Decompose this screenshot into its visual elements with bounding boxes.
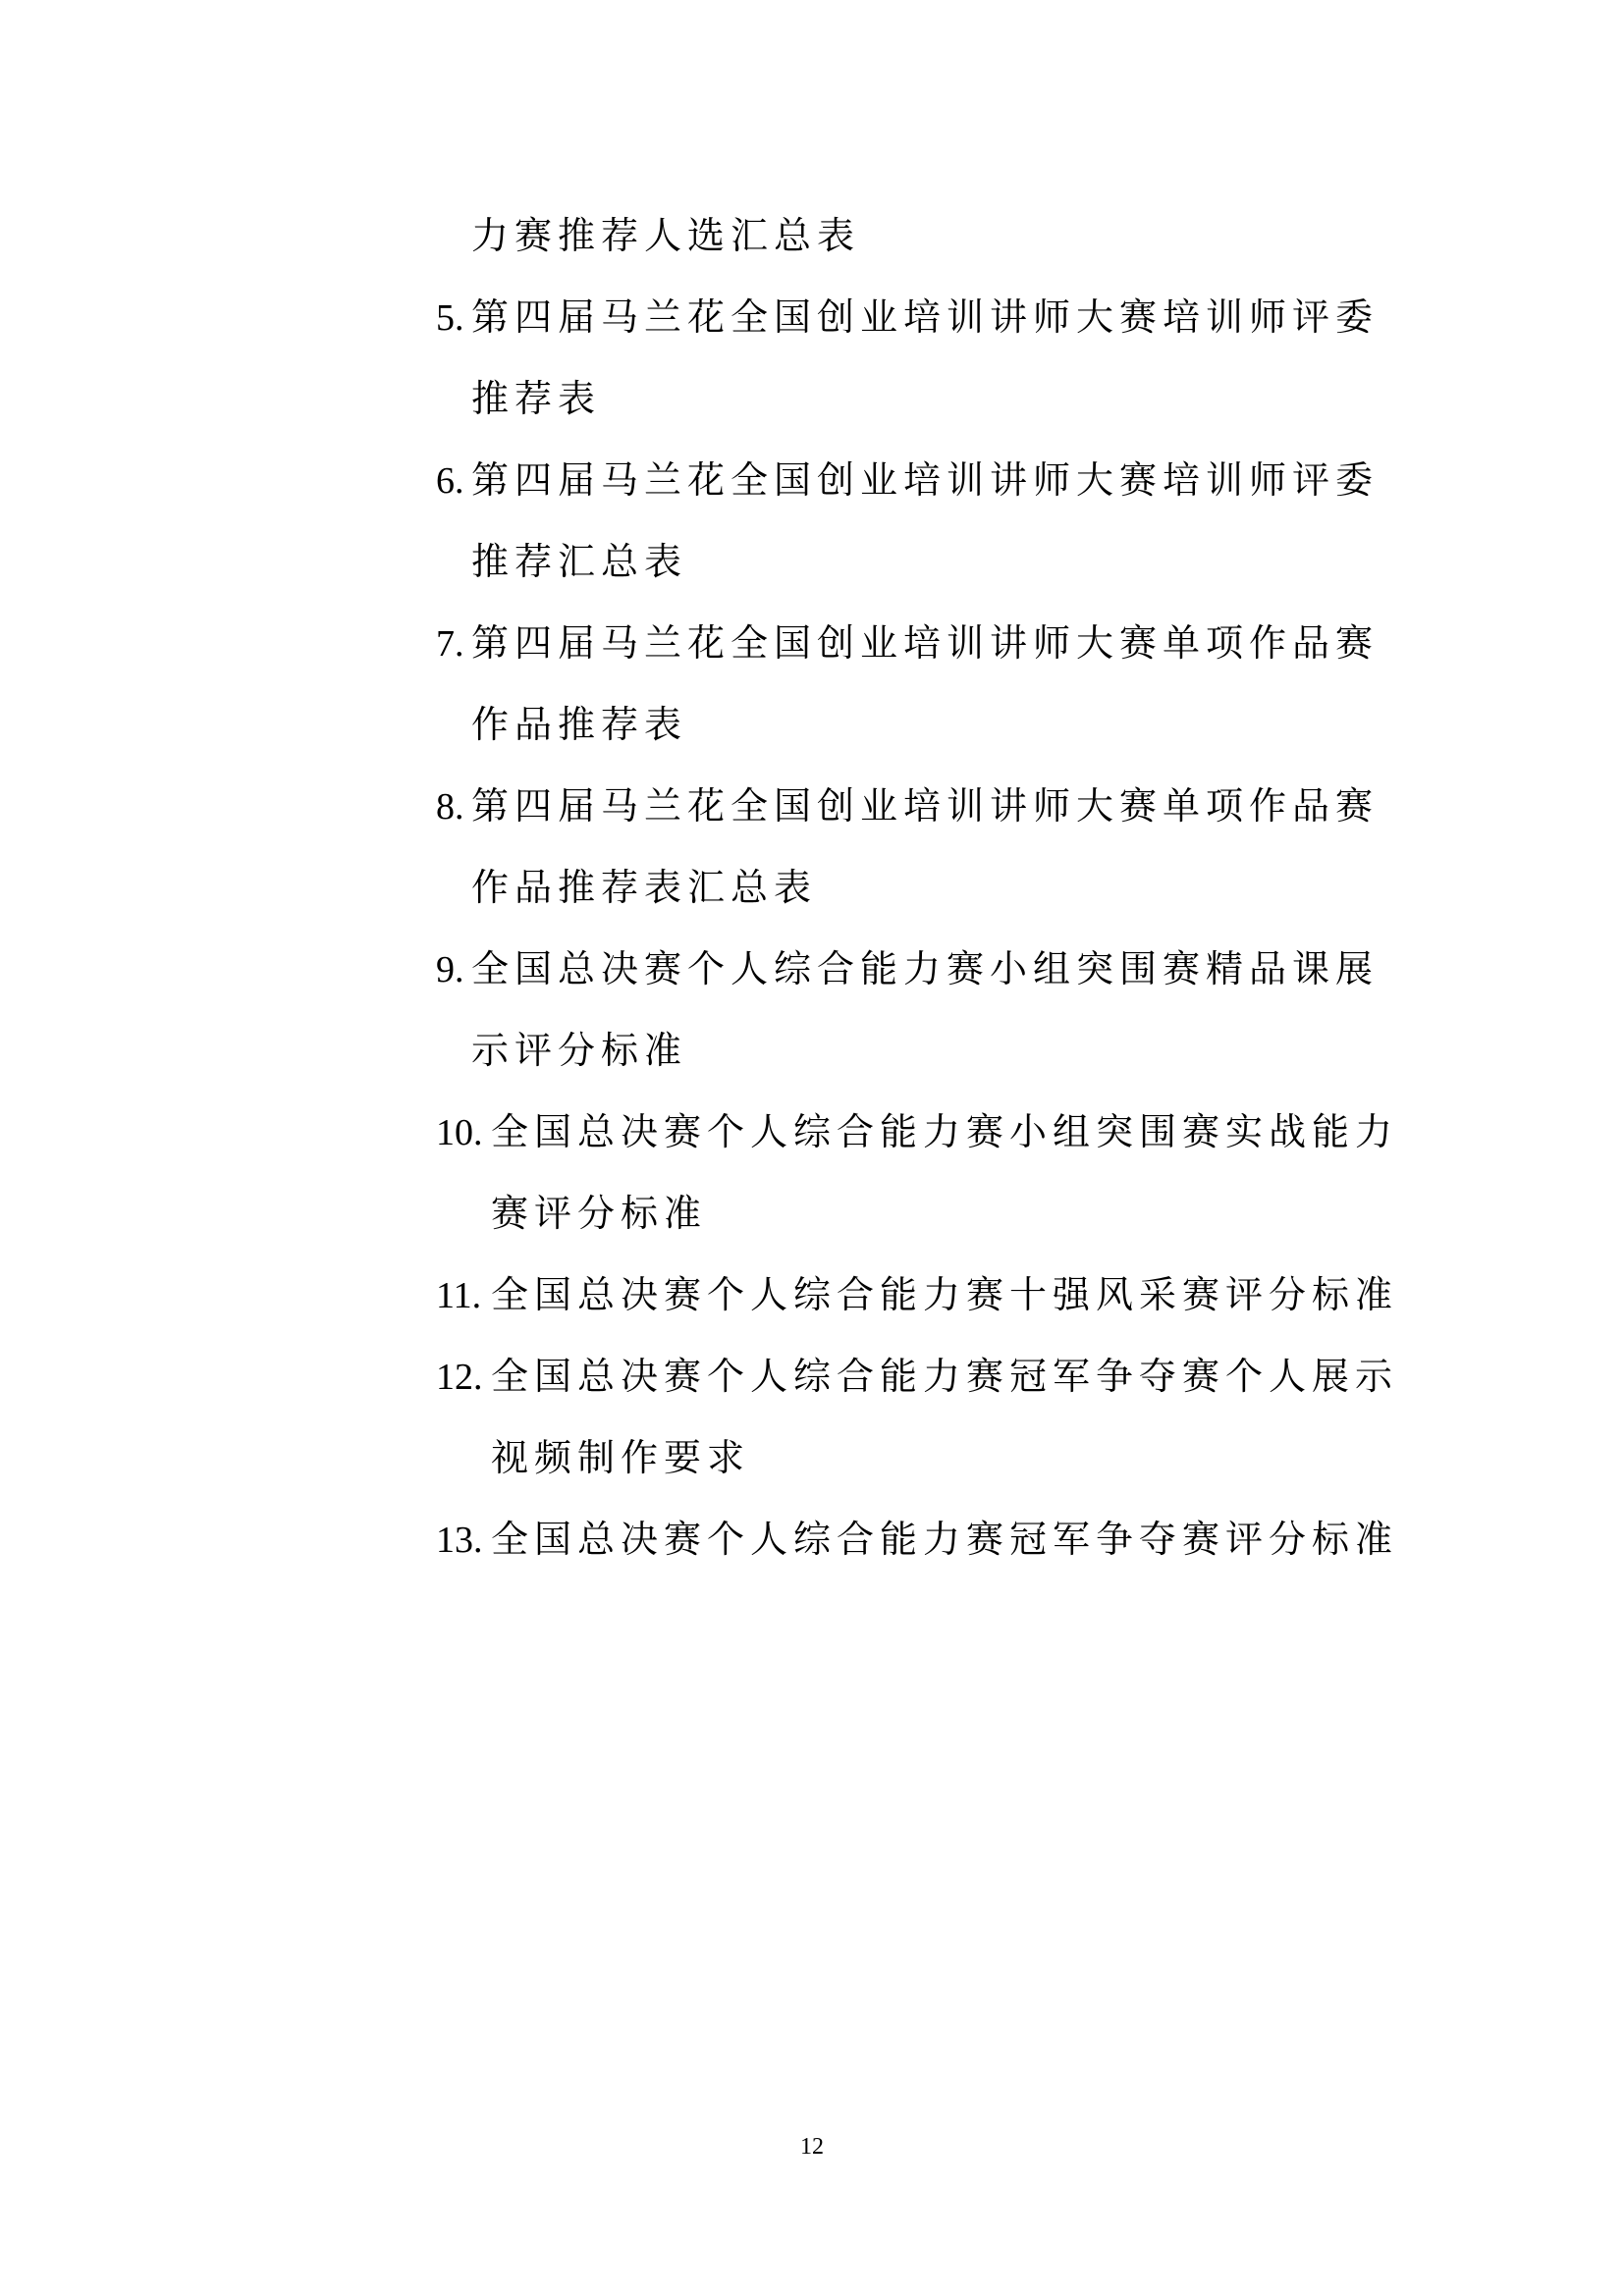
- list-item-continuation: 赛评分标准: [491, 1185, 707, 1244]
- list-item-7: 7.第四届马兰花全国创业培训讲师大赛单项作品赛: [436, 614, 1379, 673]
- item-text: 全国总决赛个人综合能力赛十强风采赛评分标准: [491, 1275, 1398, 1316]
- list-item-5: 5.第四届马兰花全国创业培训讲师大赛培训师评委: [436, 289, 1379, 347]
- item-text: 第四届马兰花全国创业培训讲师大赛单项作品赛: [471, 623, 1379, 665]
- item-text: 力赛推荐人选汇总表: [471, 216, 860, 257]
- item-number: 10.: [436, 1103, 491, 1162]
- item-number: 9.: [436, 940, 471, 999]
- item-number: 12.: [436, 1348, 491, 1407]
- list-item-11: 11.全国总决赛个人综合能力赛十强风采赛评分标准: [436, 1266, 1398, 1325]
- list-item-continuation: 作品推荐表: [471, 696, 687, 755]
- list-item-8: 8.第四届马兰花全国创业培训讲师大赛单项作品赛: [436, 777, 1379, 836]
- item-text: 视频制作要求: [491, 1438, 750, 1479]
- list-item-continuation: 推荐表: [471, 370, 601, 429]
- item-text: 全国总决赛个人综合能力赛冠军争夺赛个人展示: [491, 1357, 1398, 1398]
- page-number: 12: [0, 2132, 1624, 2162]
- list-item-6: 6.第四届马兰花全国创业培训讲师大赛培训师评委: [436, 452, 1379, 510]
- list-item-continuation: 视频制作要求: [491, 1429, 750, 1488]
- item-number: 6.: [436, 452, 471, 510]
- item-text: 作品推荐表汇总表: [471, 868, 817, 909]
- item-text: 示评分标准: [471, 1031, 687, 1072]
- list-item-13: 13.全国总决赛个人综合能力赛冠军争夺赛评分标准: [436, 1511, 1398, 1570]
- list-item-12: 12.全国总决赛个人综合能力赛冠军争夺赛个人展示: [436, 1348, 1398, 1407]
- item-number: 11.: [436, 1266, 491, 1325]
- item-text: 作品推荐表: [471, 705, 687, 746]
- item-text: 第四届马兰花全国创业培训讲师大赛培训师评委: [471, 460, 1379, 502]
- item-number: 8.: [436, 777, 471, 836]
- list-item-continuation: 示评分标准: [471, 1022, 687, 1081]
- item-number: 7.: [436, 614, 471, 673]
- item-text: 推荐表: [471, 379, 601, 420]
- item-text: 全国总决赛个人综合能力赛冠军争夺赛评分标准: [491, 1520, 1398, 1561]
- item-text: 赛评分标准: [491, 1194, 707, 1235]
- item-text: 全国总决赛个人综合能力赛小组突围赛精品课展: [471, 949, 1379, 990]
- list-item-continuation: 力赛推荐人选汇总表: [471, 207, 860, 266]
- item-number: 13.: [436, 1511, 491, 1570]
- item-text: 推荐汇总表: [471, 542, 687, 583]
- list-item-9: 9.全国总决赛个人综合能力赛小组突围赛精品课展: [436, 940, 1379, 999]
- document-page: 力赛推荐人选汇总表 5.第四届马兰花全国创业培训讲师大赛培训师评委 推荐表 6.…: [0, 0, 1624, 2296]
- item-number: 5.: [436, 289, 471, 347]
- item-text: 第四届马兰花全国创业培训讲师大赛单项作品赛: [471, 786, 1379, 828]
- item-text: 全国总决赛个人综合能力赛小组突围赛实战能力: [491, 1112, 1398, 1153]
- item-text: 第四届马兰花全国创业培训讲师大赛培训师评委: [471, 297, 1379, 339]
- list-item-10: 10.全国总决赛个人综合能力赛小组突围赛实战能力: [436, 1103, 1398, 1162]
- list-item-continuation: 作品推荐表汇总表: [471, 859, 817, 918]
- list-item-continuation: 推荐汇总表: [471, 533, 687, 592]
